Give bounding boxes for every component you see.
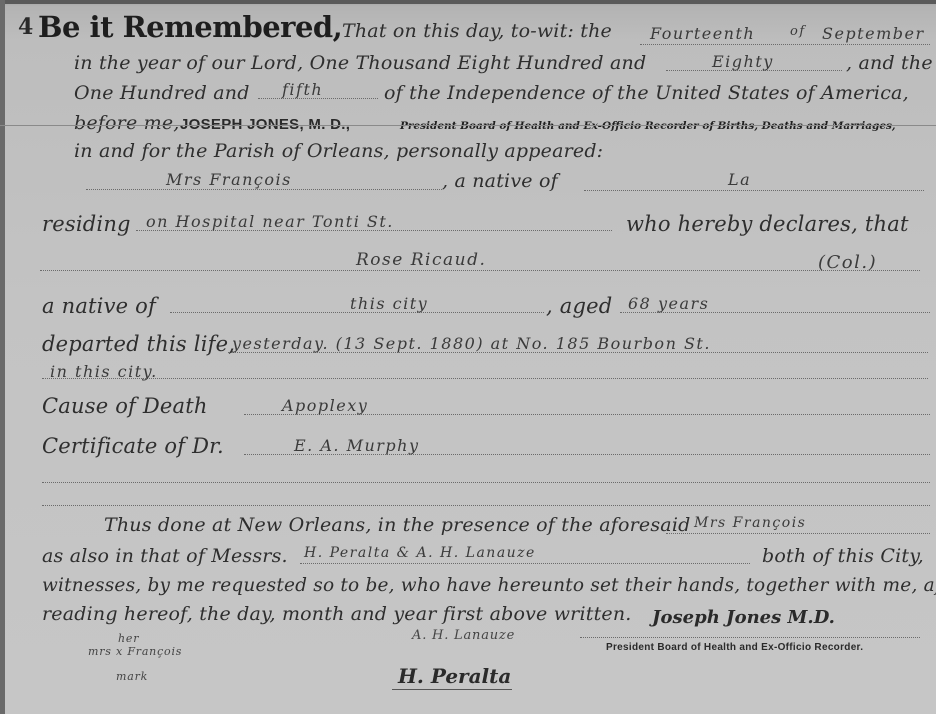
closing-line4: reading hereof, the day, month and year … [42,603,632,625]
deceased-native-label: a native of [42,294,156,318]
departed-label: departed this life, [42,332,235,356]
closing-witnesses: H. Peralta & A. H. Lanauze [304,545,536,561]
cause-of-death: Apoplexy [282,396,368,415]
death-certificate-page: 4 Be it Remembered, That on this day, to… [0,0,936,714]
witness-signature-lanauze: A. H. Lanauze [412,628,515,643]
filled-day: Fourteenth [650,24,755,43]
blank-extra-2 [42,505,930,506]
mark-her: her [118,632,139,645]
blank-deceased-name [40,270,920,271]
blank-date [640,44,930,45]
declarant-name: Mrs François [166,170,292,189]
witness-signature-peralta: H. Peralta [398,664,511,688]
header-line2-prefix: in the year of our Lord, One Thousand Ei… [74,52,646,74]
deceased-age: 68 years [628,294,709,313]
certificate-doctor: E. A. Murphy [294,436,420,455]
header-line2-suffix: , and the [846,52,933,74]
closing-line2-prefix: as also in that of Messrs. [42,545,288,567]
official-signature-line [580,637,920,638]
declarant-native-label: , a native of [442,170,558,192]
entry-number: 4 [18,14,33,40]
heading-be-it-remembered: Be it Remembered, [38,10,342,44]
header-line5: in and for the Parish of Orleans, person… [74,140,603,162]
filled-independence-year: fifth [282,80,323,99]
mark-signature: mrs x François [88,645,182,658]
cause-of-death-label: Cause of Death [42,394,208,418]
declarant-native-of: La [728,170,751,189]
header-line3-suffix: of the Independence of the United States… [384,82,909,104]
blank-closing-aforesaid [666,533,930,534]
mark-mark: mark [116,670,148,683]
blank-declarant-native [584,190,924,191]
certificate-label: Certificate of Dr. [42,434,224,458]
scan-edge-top [0,0,936,4]
closing-line3: witnesses, by me requested so to be, who… [42,575,936,596]
closing-line1-prefix: Thus done at New Orleans, in the presenc… [104,514,690,536]
blank-declarant-name [86,189,442,190]
filled-month: September [822,24,925,43]
official-title: President Board of Health and Ex-Officio… [400,120,896,132]
header-line4-prefix: before me, [74,112,180,134]
deceased-race-note: (Col.) [818,252,877,273]
official-caption: President Board of Health and Ex-Officio… [606,642,863,653]
deceased-name: Rose Ricaud. [356,250,486,270]
scan-crease [0,125,936,126]
closing-aforesaid-name: Mrs François [694,515,806,531]
closing-line2-suffix: both of this City, [762,545,924,567]
header-line1-prefix: That on this day, to-wit: the [342,20,612,42]
blank-extra-1 [42,482,930,483]
filled-of: of [790,24,806,39]
aged-label: , aged [546,294,612,318]
filled-year: Eighty [712,52,774,71]
residing-label: residing [42,212,131,236]
official-signature: Joseph Jones M.D. [652,607,835,628]
deceased-native-of: this city [350,294,428,313]
header-line3-prefix: One Hundred and [74,82,250,104]
departed-detail-cont: in this city. [50,362,158,381]
departed-detail: yesterday. (13 Sept. 1880) at No. 185 Bo… [232,334,711,353]
blank-departed-cont [42,378,928,379]
witness-flourish [392,689,512,690]
scan-edge-left [0,0,5,714]
declares-label: who hereby declares, that [626,212,909,236]
blank-witnesses [300,563,750,564]
declarant-residence: on Hospital near Tonti St. [146,212,394,231]
